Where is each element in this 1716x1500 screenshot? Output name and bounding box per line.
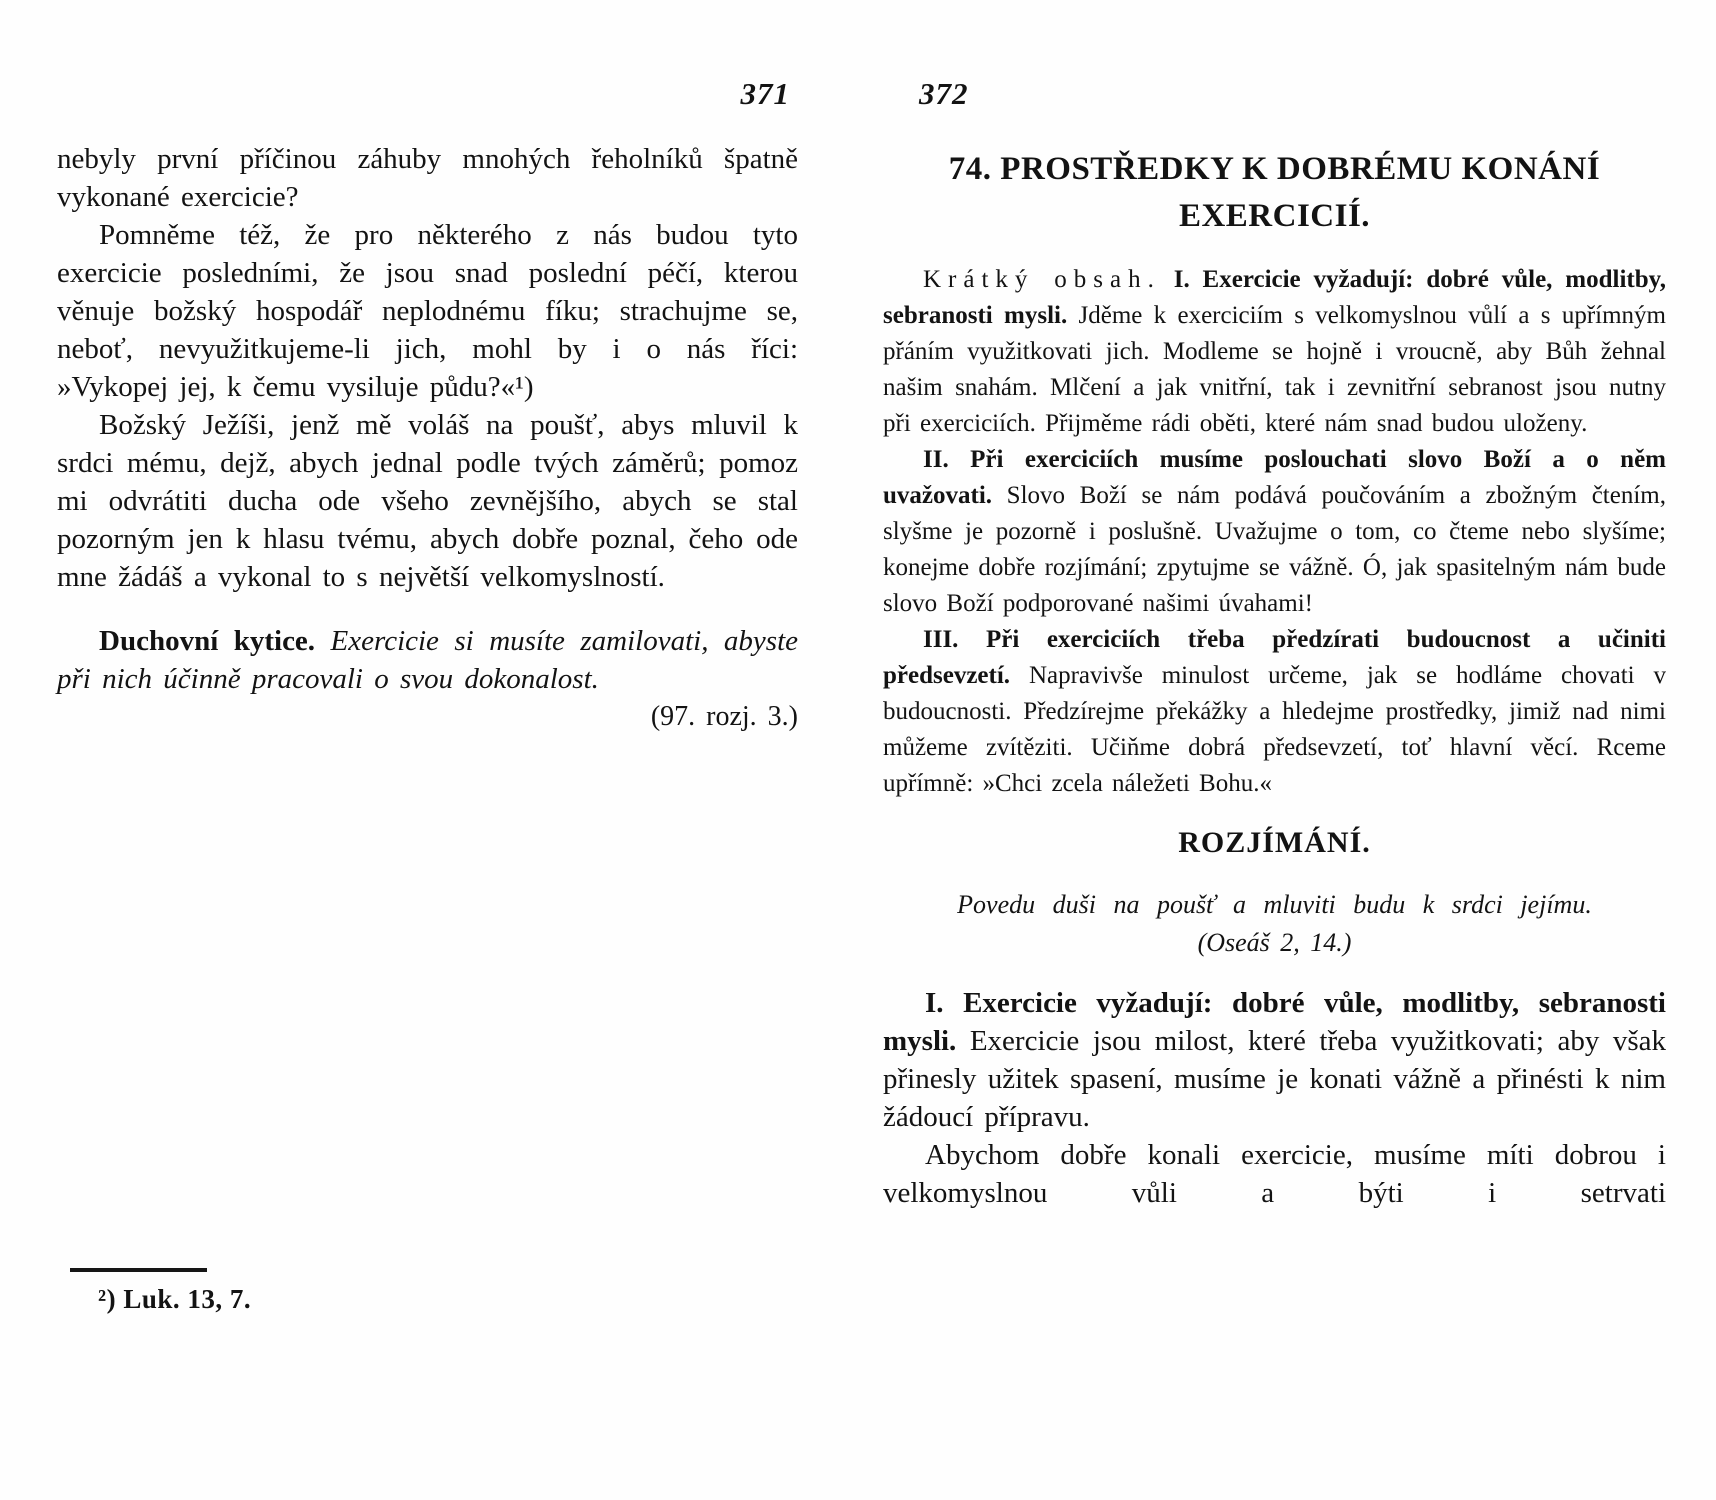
meditation-heading: ROZJÍMÁNÍ. xyxy=(883,826,1666,860)
bouquet-lead: Duchovní kytice. xyxy=(99,625,315,657)
short-summary-section: Krátký obsah. I. Exercicie vyžadují: dob… xyxy=(883,262,1666,802)
scripture-verse: Povedu duši na poušť a mluviti budu k sr… xyxy=(883,886,1666,924)
meditation-reference: (97. rozj. 3.) xyxy=(57,698,798,736)
right-page: 372 74. PROSTŘEDKY K DOBRÉMU KONÁNÍ EXER… xyxy=(883,76,1666,1212)
chapter-heading: 74. PROSTŘEDKY K DOBRÉMU KONÁNÍ EXERCICI… xyxy=(883,146,1666,240)
book-spread-scan: 371 nebyly první příčinou záhuby mnohých… xyxy=(0,0,1716,1500)
paragraph-abychom: Abychom dobře konali exercicie, musíme m… xyxy=(883,1136,1666,1212)
footnote-text: ²) Luk. 13, 7. xyxy=(70,1284,670,1315)
summary-point-3: III. Při exerciciích třeba předzírati bu… xyxy=(883,622,1666,802)
left-page: 371 nebyly první příčinou záhuby mnohých… xyxy=(57,76,798,736)
right-page-body: I. Exercicie vyžadují: dobré vůle, modli… xyxy=(883,984,1666,1212)
summary-point-2: II. Při exerciciích musíme poslouchati s… xyxy=(883,442,1666,622)
summary-point-1: Krátký obsah. I. Exercicie vyžadují: dob… xyxy=(883,262,1666,442)
footnote-rule xyxy=(70,1268,207,1272)
paragraph-continuation: nebyly první příčinou záhuby mnohých řeh… xyxy=(57,140,798,216)
scripture-verse-source: (Oseáš 2, 14.) xyxy=(883,924,1666,962)
paragraph-bouquet: Duchovní kytice. Exercicie si musíte zam… xyxy=(57,622,798,698)
paragraph-prayer: Božský Ježíši, jenž mě voláš na poušť, a… xyxy=(57,406,798,596)
chapter-title-line2: EXERCICIÍ. xyxy=(883,193,1666,240)
footnote-block: ²) Luk. 13, 7. xyxy=(70,1268,670,1315)
left-page-number: 371 xyxy=(57,76,798,112)
body-point-1-text: Exercicie jsou milost, které třeba využi… xyxy=(883,1025,1666,1133)
right-page-number: 372 xyxy=(883,76,1666,112)
summary-lead: Krátký obsah. xyxy=(923,266,1161,293)
chapter-title-line1: 74. PROSTŘEDKY K DOBRÉMU KONÁNÍ xyxy=(883,146,1666,193)
body-point-1: I. Exercicie vyžadují: dobré vůle, modli… xyxy=(883,984,1666,1136)
left-page-body: nebyly první příčinou záhuby mnohých řeh… xyxy=(57,140,798,736)
summary-point-2-text: Slovo Boží se nám podává poučováním a zb… xyxy=(883,482,1666,617)
paragraph-pomneme: Pomněme též, že pro některého z nás budo… xyxy=(57,216,798,406)
